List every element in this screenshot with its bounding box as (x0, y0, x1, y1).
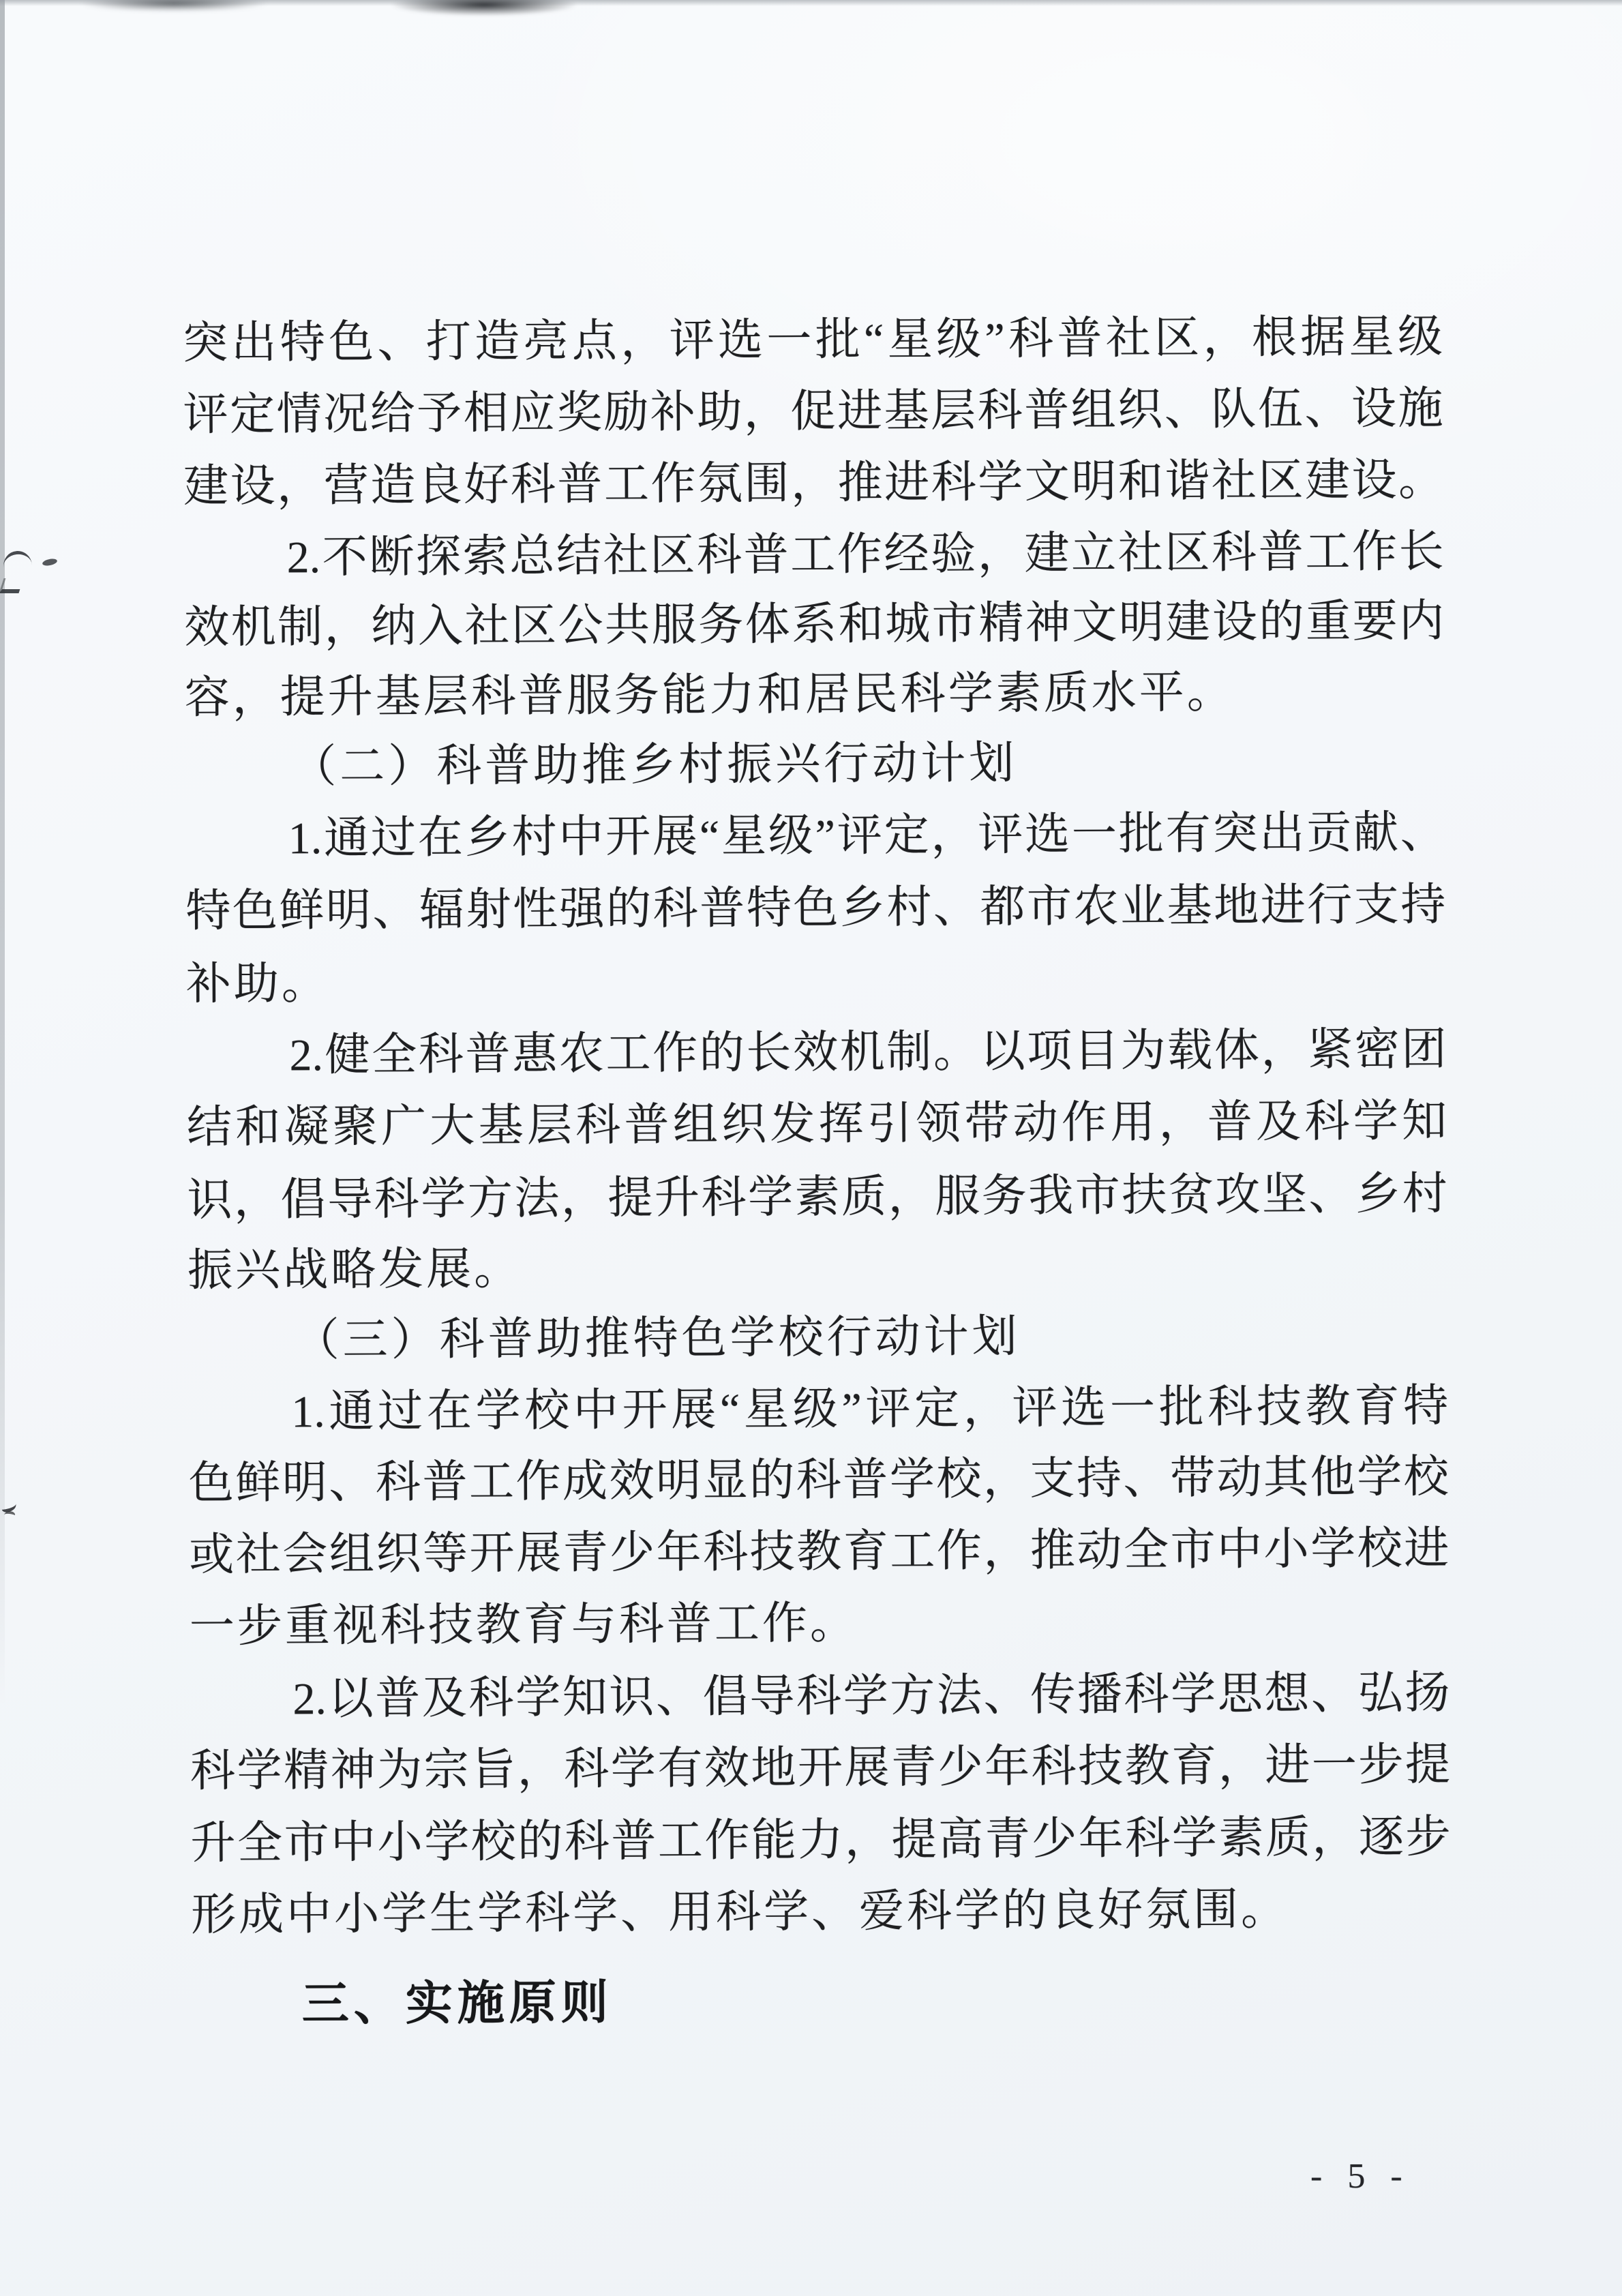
text-line-5: 效机制，纳入社区公共服务体系和城市精神文明建设的重要内 (184, 595, 1444, 654)
section-heading-implementation-principles: 三、实施原则 (302, 1977, 613, 2030)
text-line-10: 补助。 (186, 952, 1446, 1011)
text-line-12: 结和凝聚广大基层科普组织发挥引领带动作用，普及科学知 (187, 1095, 1447, 1154)
text-line-2: 评定情况给予相应奖励补助，促进基层科普组织、队伍、设施 (183, 383, 1443, 441)
scanned-page: 突出特色、打造亮点，评选一批“星级”科普社区，根据星级 评定情况给予相应奖励补助… (0, 0, 1622, 2296)
section-heading-2: （二）科普助推乡村振兴行动计划 (291, 738, 1017, 794)
text-line-6: 容，提升基层科普服务能力和居民科学素质水平。 (185, 666, 1445, 724)
text-line-16: 1.通过在学校中开展“星级”评定，评选一批科技教育特 (291, 1380, 1448, 1438)
document-body: 突出特色、打造亮点，评选一批“星级”科普社区，根据星级 评定情况给予相应奖励补助… (0, 0, 1622, 2296)
text-line-19: 一步重视科技教育与科普工作。 (190, 1594, 1450, 1653)
text-line-18: 或社会组织等开展青少年科技教育工作，推动全市中小学校进 (189, 1523, 1449, 1581)
text-line-14: 振兴战略发展。 (187, 1238, 1447, 1297)
text-line-23: 形成中小学生学科学、用科学、爱科学的良好氛围。 (191, 1883, 1451, 1941)
text-line-11: 2.健全科普惠农工作的长效机制。以项目为载体，紧密团 (289, 1024, 1446, 1082)
text-line-20: 2.以普及科学知识、倡导科学方法、传播科学思想、弘扬 (292, 1667, 1450, 1725)
text-line-21: 科学精神为宗旨，科学有效地开展青少年科技教育，进一步提 (190, 1739, 1450, 1798)
page-number: - 5 - (1310, 2156, 1411, 2196)
text-line-17: 色鲜明、科普工作成效明显的科普学校，支持、带动其他学校 (189, 1451, 1449, 1510)
text-line-22: 升全市中小学校的科普工作能力，提高青少年科学素质，逐步 (190, 1811, 1450, 1870)
section-heading-3: （三）科普助推特色学校行动计划 (294, 1311, 1020, 1367)
text-line-13: 识，倡导科学方法，提升科学素质，服务我市扶贫攻坚、乡村 (187, 1168, 1447, 1227)
text-line-9: 特色鲜明、辐射性强的科普特色乡村、都市农业基地进行支持 (185, 879, 1445, 938)
text-line-1: 突出特色、打造亮点，评选一批“星级”科普社区，根据星级 (183, 311, 1443, 370)
text-line-3: 建设，营造良好科普工作氛围，推进科学文明和谐社区建设。 (183, 454, 1443, 513)
text-line-8: 1.通过在乡村中开展“星级”评定，评选一批有突出贡献、 (288, 807, 1445, 865)
text-line-4: 2.不断探索总结社区科普工作经验，建立社区科普工作长 (286, 526, 1443, 584)
